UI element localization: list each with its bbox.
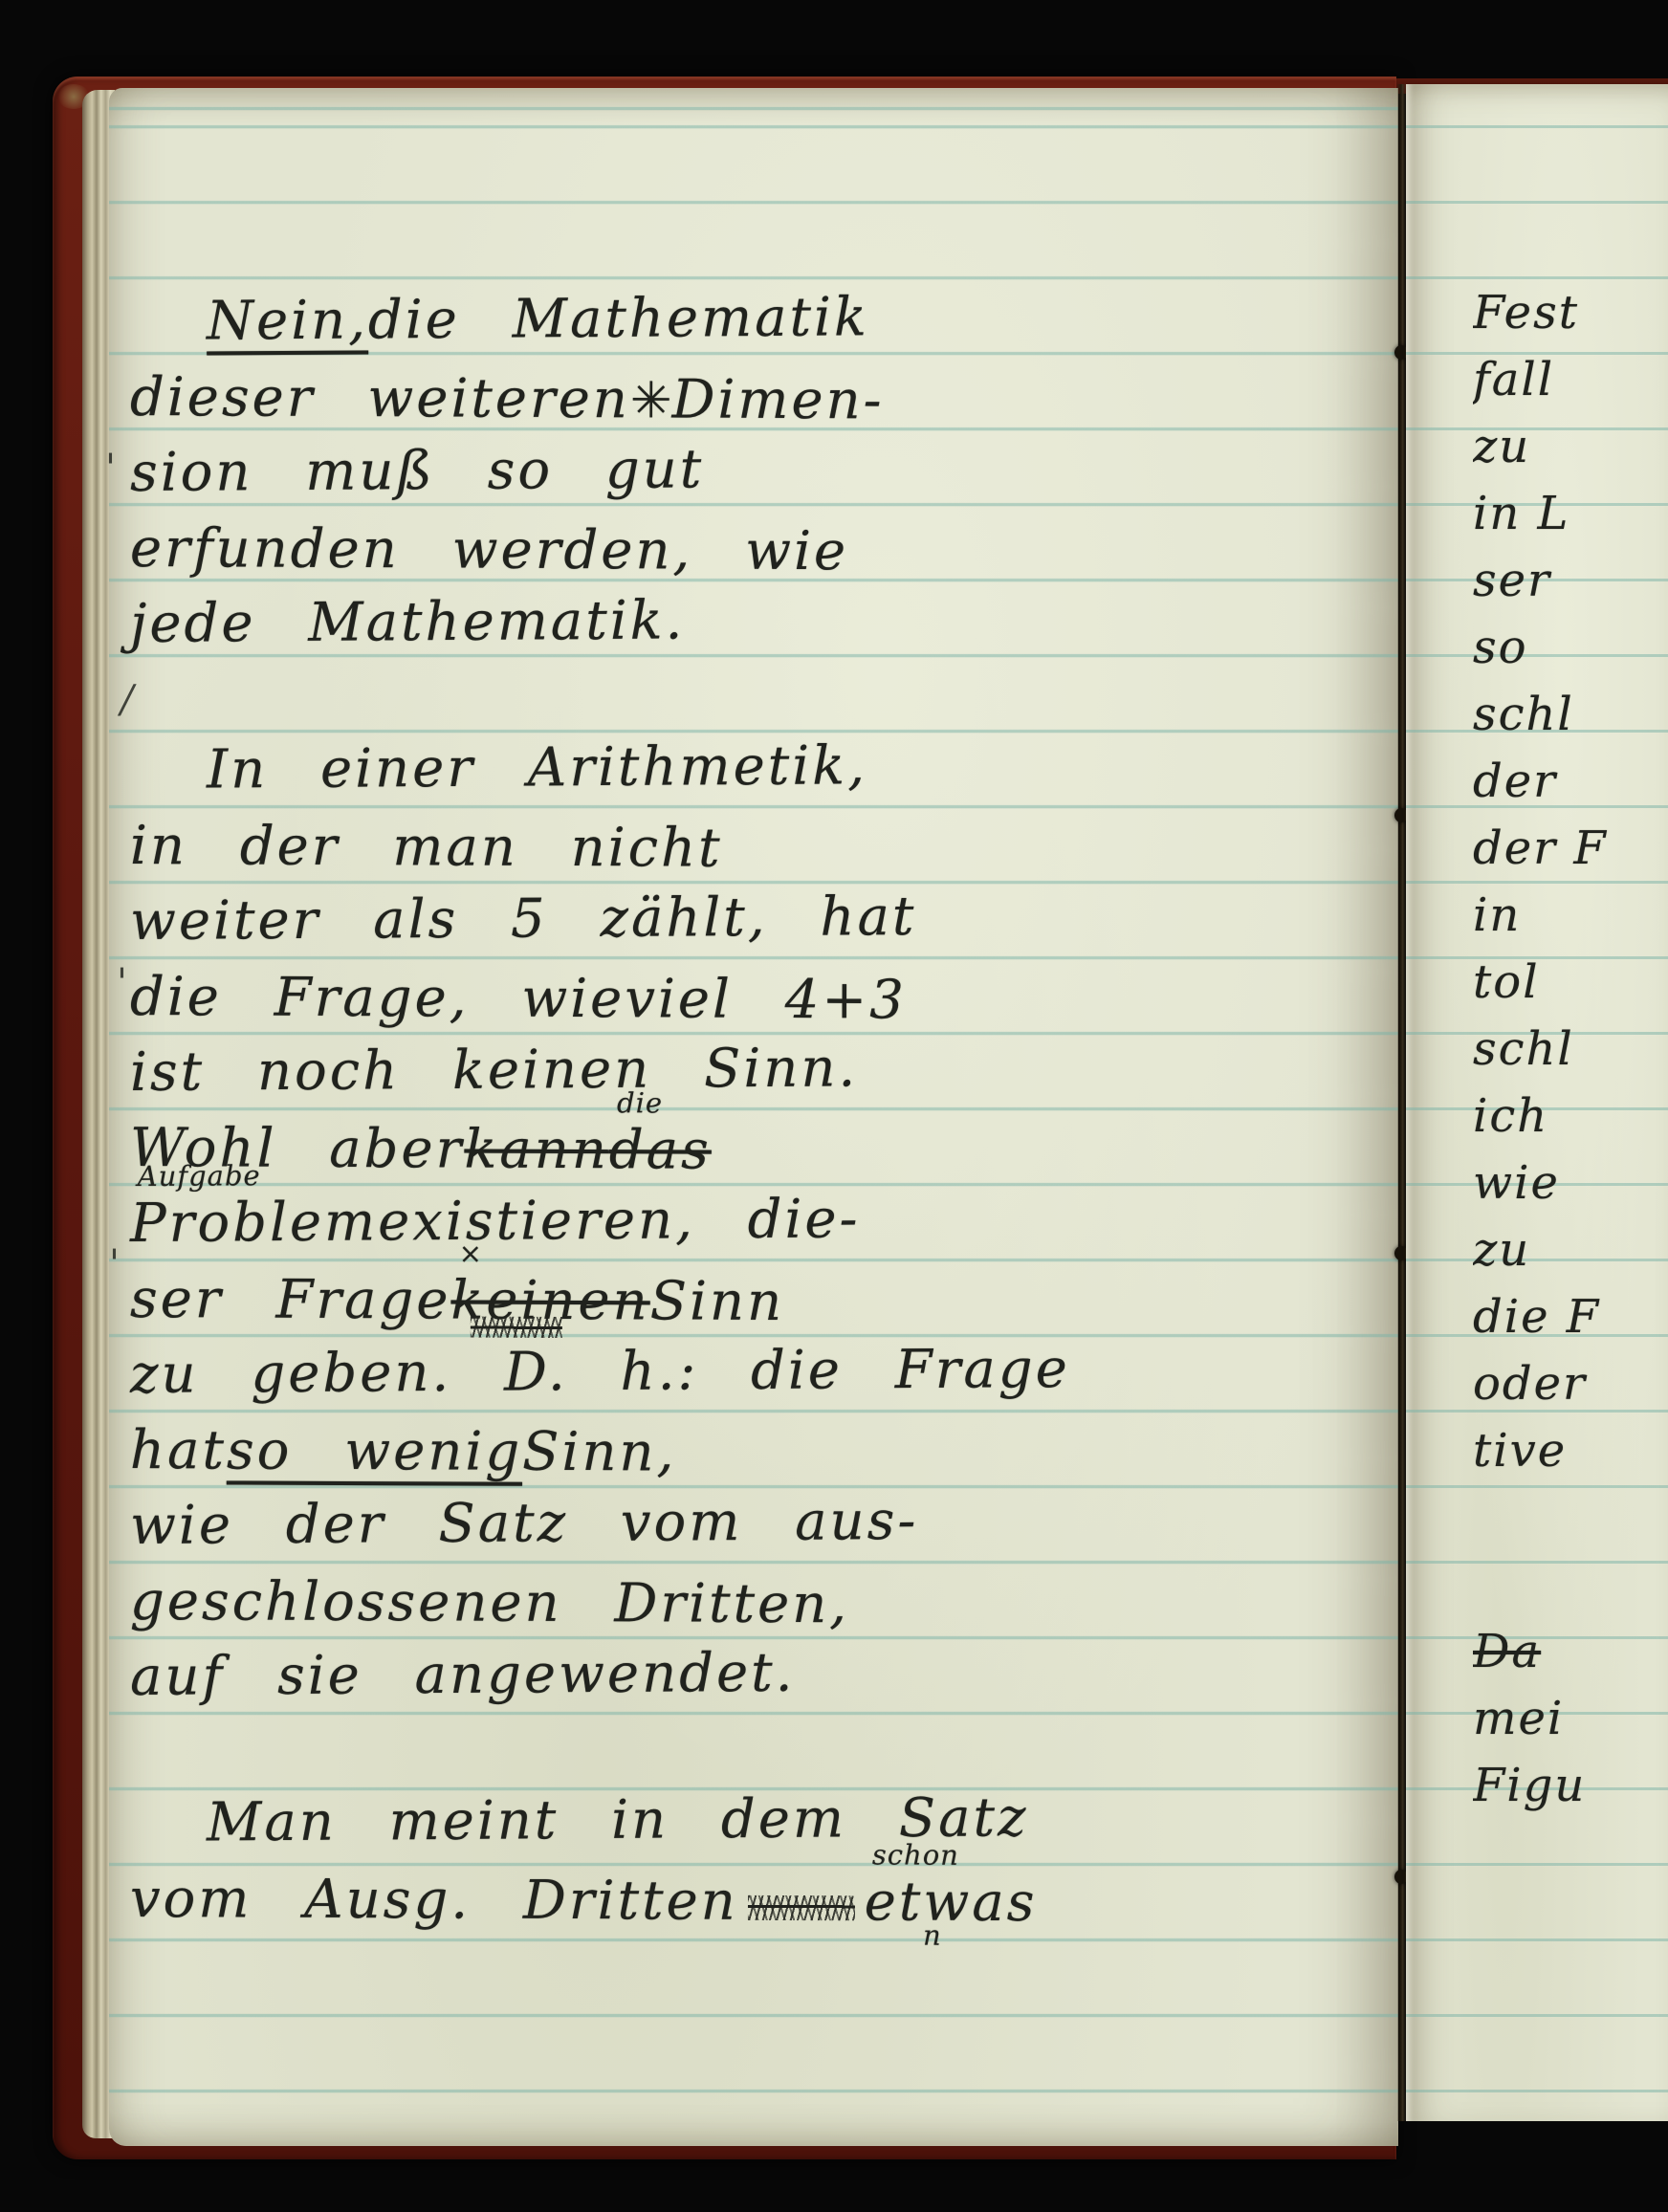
- paragraph: Nein, die Mathematikdieser weiteren ✳ Di…: [130, 284, 1381, 662]
- word: ich: [1473, 1089, 1548, 1143]
- word: wie: [1473, 1156, 1560, 1210]
- word: sion muß so gut: [130, 438, 705, 504]
- text-segment: kann: [464, 1112, 609, 1189]
- word: Fest: [1473, 286, 1579, 339]
- handwritten-line: schl: [1473, 1016, 1668, 1083]
- text-segment: keinen×: [450, 1262, 650, 1339]
- text-segment: dieser weiteren: [130, 360, 630, 437]
- word: in L: [1473, 487, 1569, 540]
- text-segment: jede Mathematik.: [130, 582, 686, 662]
- word: in der man nicht: [130, 815, 723, 880]
- text-segment: etwasschonn: [865, 1864, 1038, 1940]
- margin-mark: ': [117, 964, 127, 1002]
- word: Dimen-: [671, 368, 884, 431]
- photo-background: Nein, die Mathematikdieser weiteren ✳ Di…: [0, 0, 1668, 2212]
- handwritten-line: tive: [1473, 1417, 1668, 1484]
- handwritten-line: in L: [1473, 480, 1668, 547]
- handwritten-line: [1473, 1551, 1668, 1618]
- interlinear-insertion: Aufgabe: [138, 1162, 261, 1191]
- text-segment: geschlossenen Dritten,: [130, 1564, 849, 1642]
- handwritten-line: [1473, 1484, 1668, 1551]
- text-segment: existieren, die-: [378, 1181, 861, 1259]
- text-segment: ✳: [630, 361, 672, 439]
- paragraph: Man meint in dem Satzvom Ausg. Dritten e…: [130, 1785, 1381, 1937]
- handwritten-line: jede Mathematik.: [130, 579, 1381, 662]
- text-segment: wie der Satz vom aus-: [130, 1483, 919, 1564]
- text-segment: Dimen-: [671, 361, 884, 438]
- text-segment: sion muß so gut: [130, 431, 705, 511]
- handwritten-line: fall: [1473, 346, 1668, 413]
- word: die Frage, wieviel 4+3: [130, 966, 907, 1032]
- text-segment: Sinn,: [522, 1414, 677, 1491]
- text-segment: zu geben. D. h.: die Frage: [130, 1331, 1070, 1413]
- text-segment: in der man nicht: [130, 808, 723, 887]
- word: etwas: [865, 1871, 1038, 1934]
- handwritten-line: Figu: [1473, 1752, 1668, 1819]
- word: zu: [1473, 420, 1530, 473]
- word: das: [609, 1119, 712, 1181]
- word: Figu: [1473, 1759, 1586, 1812]
- word: jede Mathematik.: [130, 589, 686, 655]
- left-page: Nein, die Mathematikdieser weiteren ✳ Di…: [109, 88, 1398, 2146]
- word: existieren, die-: [378, 1188, 861, 1253]
- paragraph: In einer Arithmetik,in der man nichtweit…: [130, 733, 1381, 1715]
- word: die F: [1473, 1290, 1600, 1344]
- text-segment: ist noch keinen Sinn.: [130, 1030, 859, 1110]
- right-page-handwriting: Festfallzuin Lsersoschlderder Fintolschl…: [1473, 279, 1668, 1819]
- text-segment: ser Frage: [130, 1261, 451, 1338]
- margin-mark: /: [121, 681, 133, 719]
- handwritten-line: zu: [1473, 413, 1668, 480]
- left-page-handwriting: Nein, die Mathematikdieser weiteren ✳ Di…: [130, 284, 1381, 1937]
- handwritten-line: sion muß so gut: [130, 427, 1381, 511]
- handwritten-line: weiter als 5 zählt, hat: [130, 876, 1381, 959]
- text-segment: weiter als 5 zählt, hat: [130, 879, 917, 959]
- word: der: [1473, 755, 1557, 808]
- word: In einer Arithmetik,: [207, 734, 867, 800]
- word: fall: [1473, 353, 1554, 406]
- handwritten-line: Da: [1473, 1618, 1668, 1685]
- word: so wenig: [227, 1419, 522, 1482]
- word: wie der Satz vom aus-: [130, 1490, 919, 1557]
- binding-gutter: [1397, 84, 1406, 2121]
- word: mei: [1473, 1692, 1564, 1745]
- text-segment: erfunden werden, wie: [130, 511, 848, 589]
- text-segment: dasdie: [609, 1112, 712, 1188]
- handwritten-line: ProblemAufgabe existieren, die-: [130, 1178, 1381, 1261]
- handwritten-line: zu geben. D. h.: die Frage: [130, 1329, 1381, 1413]
- handwritten-line: der: [1473, 748, 1668, 815]
- text-segment: so wenig: [227, 1413, 522, 1489]
- handwritten-line: in: [1473, 882, 1668, 949]
- word: in: [1473, 888, 1521, 942]
- text-segment: hat: [130, 1413, 227, 1488]
- handwritten-line: tol: [1473, 949, 1668, 1016]
- interlinear-insertion: die: [617, 1089, 663, 1117]
- handwritten-line: wie: [1473, 1150, 1668, 1216]
- handwritten-line: die F: [1473, 1283, 1668, 1350]
- text-segment: die Mathematik: [368, 279, 869, 358]
- interlinear-insertion: ×: [459, 1239, 483, 1267]
- handwritten-line: zu: [1473, 1216, 1668, 1283]
- handwritten-line: Fest: [1473, 279, 1668, 346]
- handwritten-line: wie der Satz vom aus-: [130, 1480, 1381, 1564]
- word: ser Frage: [130, 1268, 451, 1331]
- handwritten-line: Nein, die Mathematik: [130, 276, 1381, 360]
- text-segment: Nein,: [207, 282, 368, 359]
- handwritten-line: ist noch keinen Sinn.: [130, 1027, 1381, 1110]
- word: so: [1473, 621, 1528, 674]
- word: Problem: [130, 1191, 379, 1255]
- word: Da: [1473, 1625, 1541, 1678]
- interlinear-note: n: [923, 1922, 944, 1950]
- word: hat: [130, 1419, 227, 1481]
- word: dieser weiteren: [130, 366, 630, 430]
- handwritten-line: ich: [1473, 1083, 1668, 1150]
- word: oder: [1473, 1357, 1587, 1411]
- word: erfunden werden, wie: [130, 517, 848, 582]
- word: kann: [464, 1119, 609, 1182]
- handwritten-line: so: [1473, 614, 1668, 681]
- right-page: Festfallzuin Lsersoschlderder Fintolschl…: [1406, 84, 1668, 2121]
- interlinear-insertion: schon: [872, 1841, 959, 1869]
- margin-mark: ': [109, 1245, 120, 1283]
- word: zu geben. D. h.: die Frage: [130, 1338, 1070, 1406]
- text-segment: ProblemAufgabe: [130, 1184, 379, 1261]
- word: die Mathematik: [368, 286, 869, 351]
- word: zu: [1473, 1223, 1530, 1277]
- word: Sinn,: [522, 1421, 677, 1484]
- word: schl: [1473, 688, 1574, 741]
- word: geschlossenen Dritten,: [130, 1570, 849, 1635]
- word: Nein,: [207, 289, 368, 352]
- handwritten-line: oder: [1473, 1350, 1668, 1417]
- text-segment: In einer Arithmetik,: [207, 728, 867, 807]
- text-segment: auf sie angewendet.: [130, 1635, 796, 1715]
- insertion-mark-icon: ✳: [630, 372, 672, 429]
- handwritten-line: In einer Arithmetik,: [130, 725, 1381, 808]
- handwritten-line: vom Ausg. Dritten etwasschonn: [130, 1861, 1381, 1942]
- word: tive: [1473, 1424, 1567, 1478]
- handwritten-line: auf sie angewendet.: [130, 1632, 1381, 1715]
- word: auf sie angewendet.: [130, 1642, 796, 1708]
- text-segment: Sinn: [650, 1263, 785, 1340]
- text-segment: die Frage, wieviel 4+3: [130, 959, 907, 1039]
- word: weiter als 5 zählt, hat: [130, 886, 917, 953]
- margin-mark: ': [105, 449, 116, 488]
- word: Sinn: [650, 1270, 785, 1333]
- handwritten-line: mei: [1473, 1685, 1668, 1752]
- word: vom Ausg. Dritten: [130, 1868, 738, 1933]
- word: der F: [1473, 821, 1608, 875]
- word: ist noch keinen Sinn.: [130, 1037, 859, 1104]
- handwritten-line: Man meint in dem Satz: [130, 1778, 1381, 1861]
- word: schl: [1473, 1022, 1574, 1076]
- handwritten-line: der F: [1473, 815, 1668, 882]
- handwritten-line: ser: [1473, 547, 1668, 614]
- text-segment: vom Ausg. Dritten: [130, 1861, 738, 1939]
- handwritten-line: schl: [1473, 681, 1668, 748]
- word: tol: [1473, 955, 1540, 1009]
- word: ser: [1473, 554, 1551, 607]
- scribbled-out-word: [748, 1894, 855, 1919]
